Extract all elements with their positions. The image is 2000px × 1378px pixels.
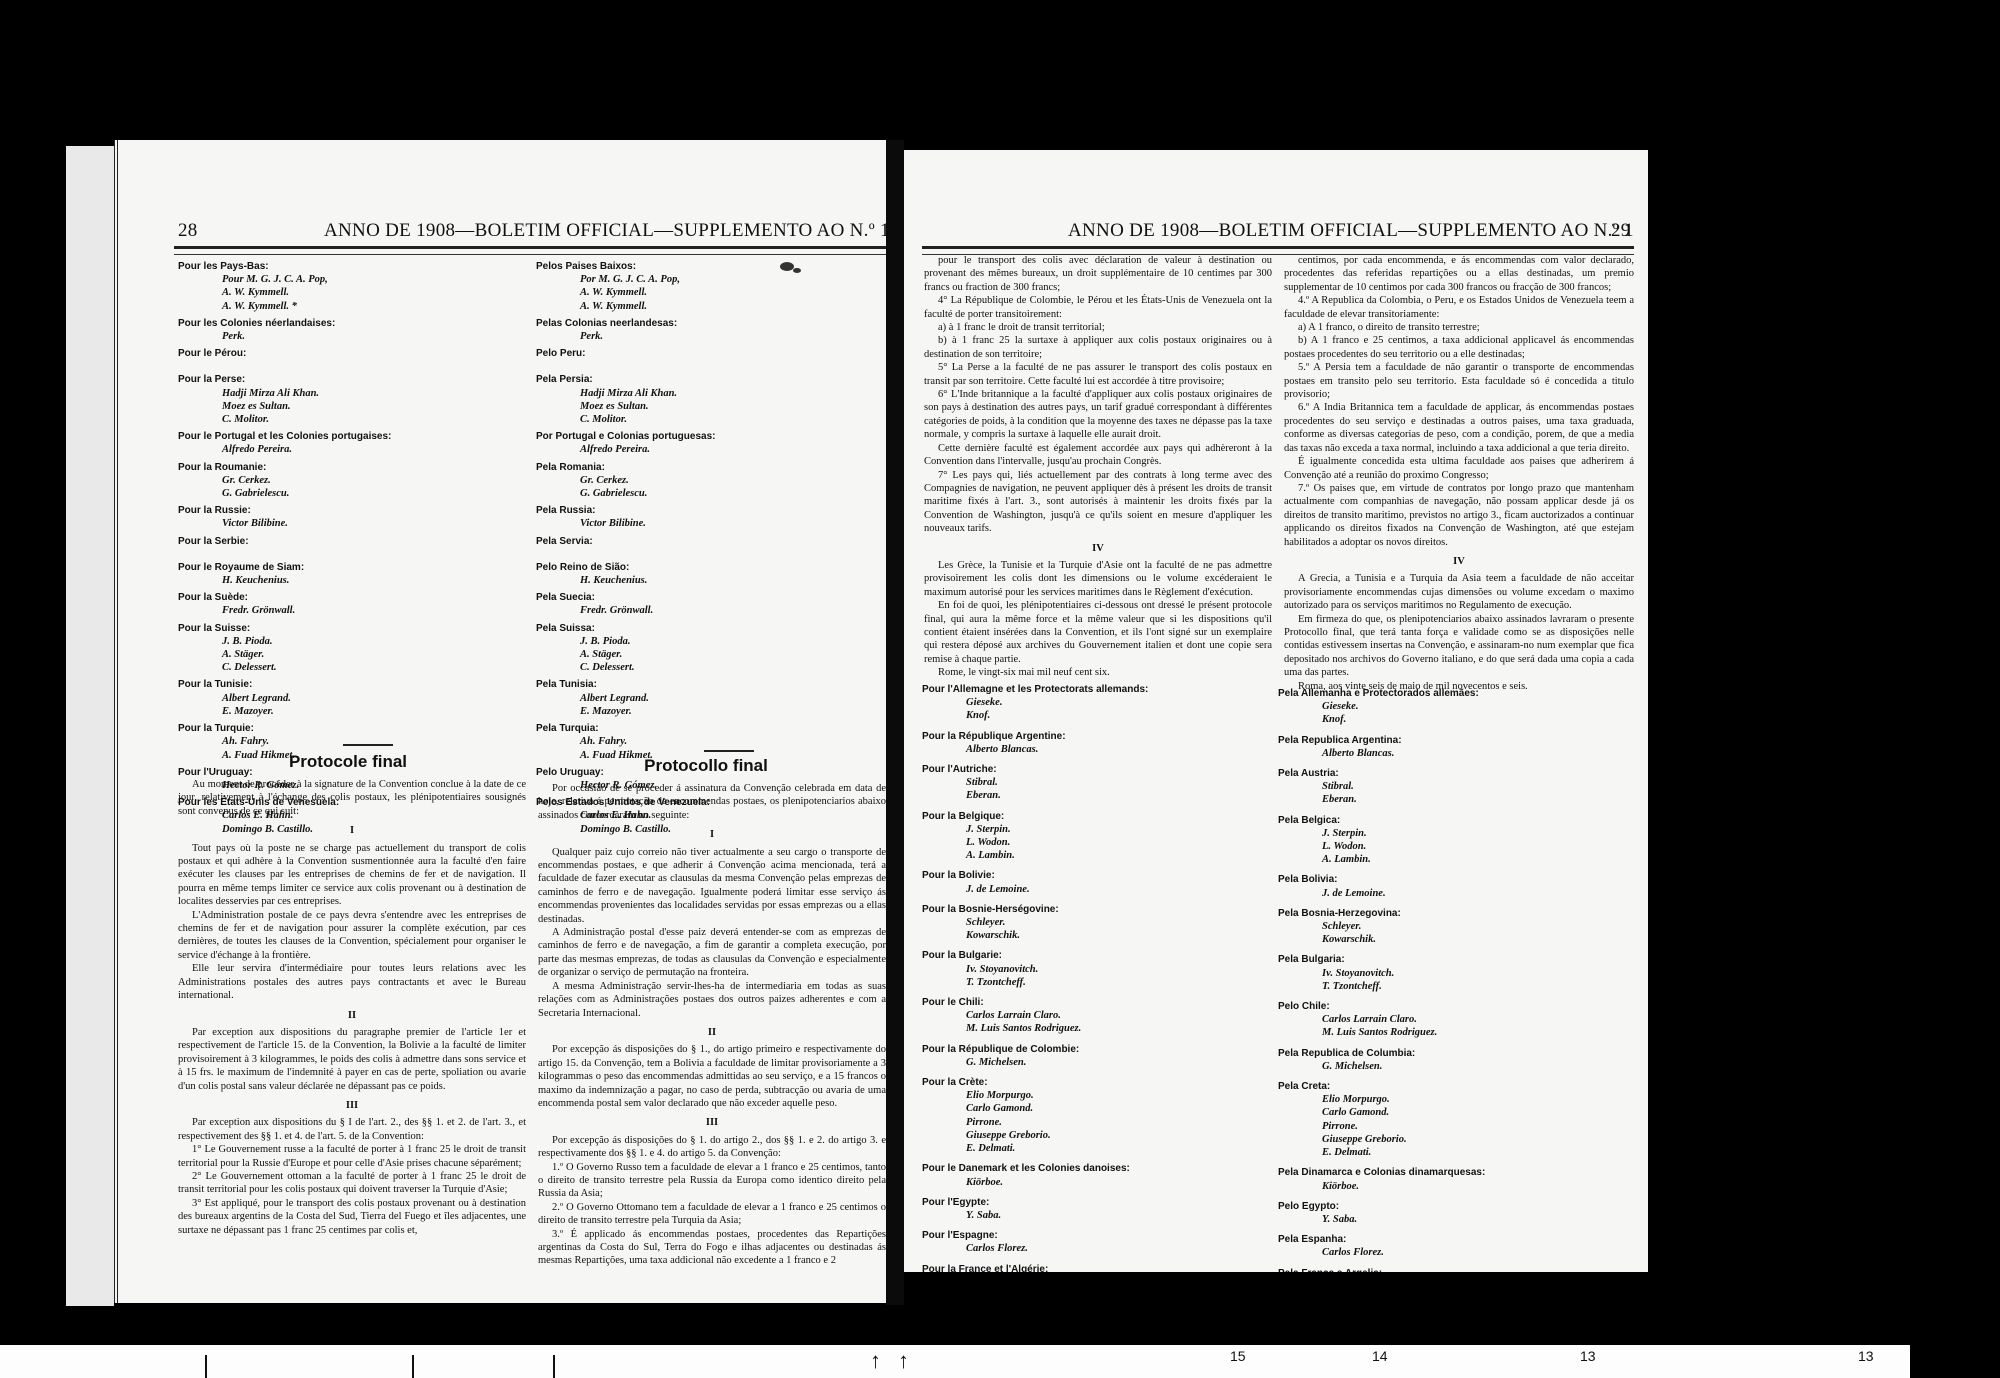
signatory-name: H. Keuchenius. (536, 574, 876, 587)
signatory-name: Carlos Florez. (1278, 1246, 1618, 1259)
signatory-group: Por Portugal e Colonias portuguesas:Alfr… (536, 430, 876, 456)
signatory-group: Pour la Russie:Victor Bilibine. (178, 504, 518, 530)
signatory-name: A. W. Kymmell. (536, 300, 876, 313)
signatory-name: Albert Legrand. (178, 692, 518, 705)
signatory-name: Moez es Sultan. (536, 400, 876, 413)
signatory-name: Alfredo Pereira. (178, 443, 518, 456)
paragraph: 5.º A Persia tem a faculdade de não gara… (1284, 361, 1634, 401)
signatory-name: E. Delmati. (922, 1142, 1262, 1155)
country-label: Pela Bosnia-Herzegovina: (1278, 907, 1618, 920)
paragraph: 5° La Perse a la faculté de ne pas assur… (924, 361, 1272, 388)
paragraph: En foi de quoi, les plénipotentiaires ci… (924, 599, 1272, 666)
signatory-group: Pour la République de Colombie:G. Michel… (922, 1043, 1262, 1069)
country-label: Pour la Serbie: (178, 535, 518, 548)
signatory-name: Pour M. G. J. C. A. Pop, (178, 273, 518, 286)
signatory-name: Pirrone. (922, 1116, 1262, 1129)
country-label: Pela Russia: (536, 504, 876, 517)
paragraph: A Grecia, a Tunisia e a Turquia da Asia … (1284, 572, 1634, 612)
signatory-group: Pour la Crète:Elio Morpurgo.Carlo Gamond… (922, 1076, 1262, 1155)
signatory-name: A. Lambin. (922, 849, 1262, 862)
signatory-group: Pour les Colonies néerlandaises:Perk. (178, 317, 518, 343)
country-label: Pela Republica de Columbia: (1278, 1047, 1618, 1060)
signatory-name: G. Gabrielescu. (178, 487, 518, 500)
signatory-group: Pela Russia:Victor Bilibine. (536, 504, 876, 530)
signatory-name: J. de Lemoine. (922, 883, 1262, 896)
signatory-group: Pela Bulgaria:Iv. Stoyanovitch.T. Tzontc… (1278, 953, 1618, 993)
country-label: Pour la République Argentine: (922, 730, 1262, 743)
signatory-name: Kiörboe. (922, 1176, 1262, 1189)
section-heading: IV (1284, 555, 1634, 568)
signatory-name: E. Mazoyer. (536, 705, 876, 718)
country-label: Pour le Danemark et les Colonies danoise… (922, 1162, 1262, 1175)
signatory-name: Elio Morpurgo. (1278, 1093, 1618, 1106)
ink-smudge (793, 268, 801, 273)
signatory-name: A. W. Kymmell. (178, 286, 518, 299)
page-header: ANNO DE 1908—BOLETIM OFFICIAL—SUPPLEMENT… (324, 220, 890, 242)
film-arrow-icon: ↑ (898, 1348, 909, 1374)
country-label: Pour le Royaume de Siam: (178, 561, 518, 574)
country-label: Pour la République de Colombie: (922, 1043, 1262, 1056)
paragraph: Au moment de procéder à la signature de … (178, 778, 526, 818)
country-label: Pour la Tunisie: (178, 678, 518, 691)
signatories-fr: Pour les Pays-Bas:Pour M. G. J. C. A. Po… (178, 256, 518, 836)
section-heading: I (538, 828, 886, 841)
country-label: Pela Espanha: (1278, 1233, 1618, 1246)
signatory-name: Alfredo Pereira. (536, 443, 876, 456)
signatory-group: Pela Servia: (536, 535, 876, 557)
country-label: Pour la Suède: (178, 591, 518, 604)
signatory-name: G. Michelsen. (922, 1056, 1262, 1069)
page-number: 28 (178, 220, 198, 242)
signatory-group: Pelo Reino de Sião:H. Keuchenius. (536, 561, 876, 587)
separator-rule (343, 744, 393, 746)
signatories-fr: Pour l'Allemagne et les Protectorats all… (922, 676, 1262, 1272)
paragraph: 1° Le Gouvernement russe a la faculté de… (178, 1143, 526, 1170)
signatory-group: Pour la Bolivie:J. de Lemoine. (922, 869, 1262, 895)
signatory-name: C. Delessert. (536, 661, 876, 674)
protocol-fr-title: Protocole final (178, 752, 518, 772)
page-28: 28 ANNO DE 1908—BOLETIM OFFICIAL—SUPPLEM… (114, 140, 890, 1303)
signatory-name: Gieseke. (1278, 700, 1618, 713)
signatory-name: Y. Saba. (922, 1209, 1262, 1222)
country-label: Pour la Bulgarie: (922, 949, 1262, 962)
signatory-group: Pela Bolivia:J. de Lemoine. (1278, 873, 1618, 899)
signatory-group: Pelo Chile:Carlos Larrain Claro.M. Luis … (1278, 1000, 1618, 1040)
paragraph: Par exception aux dispositions du § I de… (178, 1116, 526, 1143)
signatory-group: Pelos Paises Baixos:Por M. G. J. C. A. P… (536, 260, 876, 313)
film-tick (553, 1355, 555, 1378)
film-frame-number: 14 (1372, 1348, 1388, 1364)
signatory-group: Pela Romania:Gr. Cerkez.G. Gabrielescu. (536, 461, 876, 501)
signatory-name: Kiörboe. (1278, 1180, 1618, 1193)
signatory-name: J. de Lemoine. (1278, 887, 1618, 900)
paragraph: a) A 1 franco, o direito de transito ter… (1284, 321, 1634, 334)
country-label: Pela Turquia: (536, 722, 876, 735)
country-label: Pelo Reino de Sião: (536, 561, 876, 574)
country-label: Pela Allemanha e Protectorados allemães: (1278, 687, 1618, 700)
signatory-group: Pour la Perse:Hadji Mirza Ali Khan.Moez … (178, 373, 518, 426)
signatory-group: Pour la Tunisie:Albert Legrand.E. Mazoye… (178, 678, 518, 718)
section-heading: II (178, 1009, 526, 1022)
signatory-name: Gr. Cerkez. (178, 474, 518, 487)
signatory-name: Knof. (1278, 713, 1618, 726)
country-label: Pour la Perse: (178, 373, 518, 386)
signatory-name: J. Sterpin. (1278, 827, 1618, 840)
signatory-name: Ah. Fahry. (178, 735, 518, 748)
signatory-group: Pelas Colonias neerlandesas:Perk. (536, 317, 876, 343)
signatory-group: Pela Belgica:J. Sterpin.L. Wodon.A. Lamb… (1278, 814, 1618, 867)
signatory-group: Pour la Suède:Fredr. Grönwall. (178, 591, 518, 617)
signatory-group: Pela Creta:Elio Morpurgo.Carlo Gamond.Pi… (1278, 1080, 1618, 1159)
section-heading: III (538, 1116, 886, 1129)
film-tick (412, 1355, 414, 1378)
paragraph: Cette dernière faculté est également acc… (924, 442, 1272, 469)
country-label: Pela Suecia: (536, 591, 876, 604)
signatory-name: J. B. Pioda. (536, 635, 876, 648)
paragraph: Em firmeza do que, os plenipotenciarios … (1284, 613, 1634, 680)
paragraph: 6.º A India Britannica tem a faculdade d… (1284, 401, 1634, 455)
country-label: Pelos Paises Baixos: (536, 260, 876, 273)
scan-margin-strip (66, 146, 114, 1306)
signatory-name: J. B. Pioda. (178, 635, 518, 648)
signatory-name: Pirrone. (1278, 1120, 1618, 1133)
country-label: Pour l'Espagne: (922, 1229, 1262, 1242)
signatory-group: Pela Republica Argentina:Alberto Blancas… (1278, 734, 1618, 760)
signatory-name: Hadji Mirza Ali Khan. (178, 387, 518, 400)
country-label: Pour la France et l'Algérie: (922, 1263, 1262, 1272)
paragraph: a) à 1 franc le droit de transit territo… (924, 321, 1272, 334)
signatory-name: G. Michelsen. (1278, 1060, 1618, 1073)
signatory-name: Ah. Fahry. (536, 735, 876, 748)
signatory-name: Carlo Gamond. (1278, 1106, 1618, 1119)
protocol-pt-body: Por occasião de se proceder á assinatura… (538, 782, 886, 1268)
signatory-group: Pela Persia:Hadji Mirza Ali Khan.Moez es… (536, 373, 876, 426)
signatory-name: Knof. (922, 709, 1262, 722)
paragraph: b) A 1 franco e 25 centimos, a taxa addi… (1284, 334, 1634, 361)
signatory-group: Pour l'Allemagne et les Protectorats all… (922, 683, 1262, 723)
country-label: Pela Dinamarca e Colonias dinamarquesas: (1278, 1166, 1618, 1179)
signatory-name: Moez es Sultan. (178, 400, 518, 413)
paragraph: Elle leur servira d'intermédiaire pour t… (178, 962, 526, 1002)
country-label: Pelo Peru: (536, 347, 876, 360)
signatory-name: C. Molitor. (178, 413, 518, 426)
country-label: Pelas Colonias neerlandesas: (536, 317, 876, 330)
country-label: Pela Republica Argentina: (1278, 734, 1618, 747)
paragraph: 2.º O Governo Ottomano tem a faculdade d… (538, 1201, 886, 1228)
signatory-name: Iv. Stoyanovitch. (922, 963, 1262, 976)
text-fr: pour le transport des colis avec déclara… (924, 254, 1272, 680)
signatory-name: Fredr. Grönwall. (178, 604, 518, 617)
paragraph: Por occasião de se proceder á assinatura… (538, 782, 886, 822)
signatory-group: Pour la Bosnie-Herségovine:Schleyer.Kowa… (922, 903, 1262, 943)
country-label: Pour la Crète: (922, 1076, 1262, 1089)
signatory-group: Pour l'Autriche:Stibral.Eberan. (922, 763, 1262, 803)
section-heading: I (178, 824, 526, 837)
paragraph: Qualquer paiz cujo correio não tiver act… (538, 846, 886, 926)
signatory-name: C. Delessert. (178, 661, 518, 674)
film-frame-number: 13 (1580, 1348, 1596, 1364)
country-label: Pela Belgica: (1278, 814, 1618, 827)
signatory-name: Y. Saba. (1278, 1213, 1618, 1226)
signatory-name: T. Tzontcheff. (1278, 980, 1618, 993)
signatory-name: T. Tzontcheff. (922, 976, 1262, 989)
paragraph: Por excepção ás disposições do § 1., do … (538, 1043, 886, 1110)
signatory-name: Kowarschik. (1278, 933, 1618, 946)
signatory-group: Pour le Pérou: (178, 347, 518, 369)
signatory-name: Iv. Stoyanovitch. (1278, 967, 1618, 980)
signatory-group: Pela Republica de Columbia:G. Michelsen. (1278, 1047, 1618, 1073)
separator-rule (704, 750, 754, 752)
signatory-group: Pour la Bulgarie:Iv. Stoyanovitch.T. Tzo… (922, 949, 1262, 989)
page-29: ANNO DE 1908—BOLETIM OFFICIAL—SUPPLEMENT… (904, 150, 1648, 1272)
signatory-name: M. Luis Santos Rodriguez. (1278, 1026, 1618, 1039)
signatory-name: Alberto Blancas. (1278, 747, 1618, 760)
signatory-name: Alberto Blancas. (922, 743, 1262, 756)
protocol-pt-title: Protocollo final (536, 756, 876, 776)
signatory-group: Pour la Suisse:J. B. Pioda.A. Stäger.C. … (178, 622, 518, 675)
page-gutter (886, 140, 904, 1305)
country-label: Pela Servia: (536, 535, 876, 548)
country-label: Pela Creta: (1278, 1080, 1618, 1093)
signatory-name: A. Stäger. (536, 648, 876, 661)
section-heading: III (178, 1099, 526, 1112)
country-label: Pour l'Egypte: (922, 1196, 1262, 1209)
country-label: Pour la Turquie: (178, 722, 518, 735)
signatory-group: Pour la Roumanie:Gr. Cerkez.G. Gabrieles… (178, 461, 518, 501)
paragraph: b) à 1 franc 25 la surtaxe à appliquer a… (924, 334, 1272, 361)
signatory-group: Pela França e Argelia:Jacoley.Lucien Sai… (1278, 1267, 1618, 1272)
signatory-name: Schleyer. (922, 916, 1262, 929)
signatory-group: Pela Austria:Stibral.Eberan. (1278, 767, 1618, 807)
signatory-group: Pour l'Egypte:Y. Saba. (922, 1196, 1262, 1222)
signatories-pt: Pelos Paises Baixos:Por M. G. J. C. A. P… (536, 256, 876, 836)
paragraph: Par exception aux dispositions du paragr… (178, 1026, 526, 1093)
signatory-group: Pour la Belgique:J. Sterpin.L. Wodon.A. … (922, 810, 1262, 863)
country-label: Pela Tunisia: (536, 678, 876, 691)
signatory-group: Pela Dinamarca e Colonias dinamarquesas:… (1278, 1166, 1618, 1192)
signatory-name: J. Sterpin. (922, 823, 1262, 836)
signatory-name: Eberan. (922, 789, 1262, 802)
signatory-group: Pour l'Espagne:Carlos Florez. (922, 1229, 1262, 1255)
country-label: Pour la Bosnie-Herségovine: (922, 903, 1262, 916)
signatory-name: Carlo Gamond. (922, 1102, 1262, 1115)
country-label: Pour la Roumanie: (178, 461, 518, 474)
paragraph: 1.º O Governo Russo tem a faculdade de e… (538, 1161, 886, 1201)
paragraph: 3° Est appliqué, pour le transport des c… (178, 1197, 526, 1237)
paragraph: centimos, por cada encommenda, e ás enco… (1284, 254, 1634, 294)
page-header: ANNO DE 1908—BOLETIM OFFICIAL—SUPPLEMENT… (1068, 220, 1634, 242)
signatory-name: G. Gabrielescu. (536, 487, 876, 500)
country-label: Pour le Pérou: (178, 347, 518, 360)
paragraph: L'Administration postale de ce pays devr… (178, 909, 526, 963)
section-heading: II (538, 1026, 886, 1039)
signatory-group: Pour les Pays-Bas:Pour M. G. J. C. A. Po… (178, 260, 518, 313)
country-label: Pela França e Argelia: (1278, 1267, 1618, 1272)
signatory-name: Schleyer. (1278, 920, 1618, 933)
paragraph: 4° La République de Colombie, le Pérou e… (924, 294, 1272, 321)
paragraph: 7.º Os paises que, em virtude de contrat… (1284, 482, 1634, 549)
signatory-name: Victor Bilibine. (536, 517, 876, 530)
country-label: Por Portugal e Colonias portuguesas: (536, 430, 876, 443)
signatory-name: C. Molitor. (536, 413, 876, 426)
signatory-name: A. Lambin. (1278, 853, 1618, 866)
signatory-name: Giuseppe Greborio. (922, 1129, 1262, 1142)
country-label: Pour l'Allemagne et les Protectorats all… (922, 683, 1262, 696)
signatory-name: Gieseke. (922, 696, 1262, 709)
paragraph: 4.º A Republica da Colombia, o Peru, e o… (1284, 294, 1634, 321)
country-label: Pela Persia: (536, 373, 876, 386)
paragraph: 6° L'Inde britannique a la faculté d'app… (924, 388, 1272, 442)
country-label: Pour les Pays-Bas: (178, 260, 518, 273)
paragraph: Les Grèce, la Tunisie et la Turquie d'As… (924, 559, 1272, 599)
paragraph: Tout pays où la poste ne se charge pas a… (178, 842, 526, 909)
signatory-name: E. Mazoyer. (178, 705, 518, 718)
signatory-name: Perk. (536, 330, 876, 343)
signatory-group: Pour la Serbie: (178, 535, 518, 557)
signatory-name: E. Delmati. (1278, 1146, 1618, 1159)
signatory-name: Elio Morpurgo. (922, 1089, 1262, 1102)
signatory-name: Victor Bilibine. (178, 517, 518, 530)
country-label: Pela Bulgaria: (1278, 953, 1618, 966)
country-label: Pelo Egypto: (1278, 1200, 1618, 1213)
section-heading: IV (924, 542, 1272, 555)
country-label: Pour les Colonies néerlandaises: (178, 317, 518, 330)
signatory-group: Pelo Egypto:Y. Saba. (1278, 1200, 1618, 1226)
film-arrow-icon: ↑ (870, 1348, 881, 1374)
paragraph: A mesma Administração servir-lhes-ha de … (538, 980, 886, 1020)
signatory-name: L. Wodon. (1278, 840, 1618, 853)
signatory-name: Giuseppe Greborio. (1278, 1133, 1618, 1146)
protocol-fr-body: Au moment de procéder à la signature de … (178, 778, 526, 1237)
country-label: Pour le Portugal et les Colonies portuga… (178, 430, 518, 443)
signatory-group: Pela Espanha:Carlos Florez. (1278, 1233, 1618, 1259)
header-rule (174, 246, 886, 255)
page-number: 29 (1611, 220, 1631, 242)
signatory-name: Eberan. (1278, 793, 1618, 806)
signatory-name: Stibral. (922, 776, 1262, 789)
country-label: Pour la Russie: (178, 504, 518, 517)
paragraph: pour le transport des colis avec déclara… (924, 254, 1272, 294)
country-label: Pour l'Autriche: (922, 763, 1262, 776)
paragraph: 7° Les pays qui, liés actuellement par d… (924, 469, 1272, 536)
signatory-name: Kowarschik. (922, 929, 1262, 942)
signatory-group: Pela Suissa:J. B. Pioda.A. Stäger.C. Del… (536, 622, 876, 675)
signatory-name: A. W. Kymmell. * (178, 300, 518, 313)
signatory-name: L. Wodon. (922, 836, 1262, 849)
film-frame-number: 13 (1858, 1348, 1874, 1364)
signatory-name: Fredr. Grönwall. (536, 604, 876, 617)
signatory-name: Carlos Larrain Claro. (1278, 1013, 1618, 1026)
country-label: Pour la Belgique: (922, 810, 1262, 823)
film-edge-strip (0, 1345, 1910, 1378)
signatory-name: Carlos Florez. (922, 1242, 1262, 1255)
paragraph: É igualmente concedida esta ultima facul… (1284, 455, 1634, 482)
signatory-group: Pela Suecia:Fredr. Grönwall. (536, 591, 876, 617)
signatory-name: Gr. Cerkez. (536, 474, 876, 487)
signatory-name: Hadji Mirza Ali Khan. (536, 387, 876, 400)
signatory-name: Por M. G. J. C. A. Pop, (536, 273, 876, 286)
signatory-group: Pour le Portugal et les Colonies portuga… (178, 430, 518, 456)
country-label: Pela Bolivia: (1278, 873, 1618, 886)
paragraph: A Administração postal d'esse paiz dever… (538, 926, 886, 980)
signatory-name: Carlos Larrain Claro. (922, 1009, 1262, 1022)
country-label: Pelo Chile: (1278, 1000, 1618, 1013)
signatory-name: M. Luis Santos Rodriguez. (922, 1022, 1262, 1035)
paragraph: 2° Le Gouvernement ottoman a la faculté … (178, 1170, 526, 1197)
signatory-name: H. Keuchenius. (178, 574, 518, 587)
paragraph: Por excepção ás disposições do § 1. do a… (538, 1134, 886, 1161)
signatories-pt: Pela Allemanha e Protectorados allemães:… (1278, 680, 1618, 1272)
country-label: Pela Austria: (1278, 767, 1618, 780)
country-label: Pela Romania: (536, 461, 876, 474)
signatory-group: Pela Tunisia:Albert Legrand.E. Mazoyer. (536, 678, 876, 718)
signatory-name: A. W. Kymmell. (536, 286, 876, 299)
signatory-name: A. Stäger. (178, 648, 518, 661)
country-label: Pela Suissa: (536, 622, 876, 635)
country-label: Pour la Suisse: (178, 622, 518, 635)
signatory-group: Pelo Peru: (536, 347, 876, 369)
signatory-group: Pour le Danemark et les Colonies danoise… (922, 1162, 1262, 1188)
text-pt: centimos, por cada encommenda, e ás enco… (1284, 254, 1634, 693)
paragraph: 3.º É applicado ás encommendas postaes, … (538, 1228, 886, 1268)
film-tick (205, 1355, 207, 1378)
signatory-group: Pour le Chili:Carlos Larrain Claro.M. Lu… (922, 996, 1262, 1036)
signatory-group: Pour la République Argentine:Alberto Bla… (922, 730, 1262, 756)
ink-smudge (780, 262, 794, 271)
signatory-name: Albert Legrand. (536, 692, 876, 705)
signatory-name: Perk. (178, 330, 518, 343)
signatory-name: Stibral. (1278, 780, 1618, 793)
signatory-group: Pela Bosnia-Herzegovina:Schleyer.Kowarsc… (1278, 907, 1618, 947)
country-label: Pour la Bolivie: (922, 869, 1262, 882)
signatory-group: Pela Allemanha e Protectorados allemães:… (1278, 687, 1618, 727)
signatory-group: Pour le Royaume de Siam:H. Keuchenius. (178, 561, 518, 587)
film-frame-number: 15 (1230, 1348, 1246, 1364)
signatory-group: Pour la France et l'Algérie:Jacoley.Luci… (922, 1263, 1262, 1272)
country-label: Pour le Chili: (922, 996, 1262, 1009)
